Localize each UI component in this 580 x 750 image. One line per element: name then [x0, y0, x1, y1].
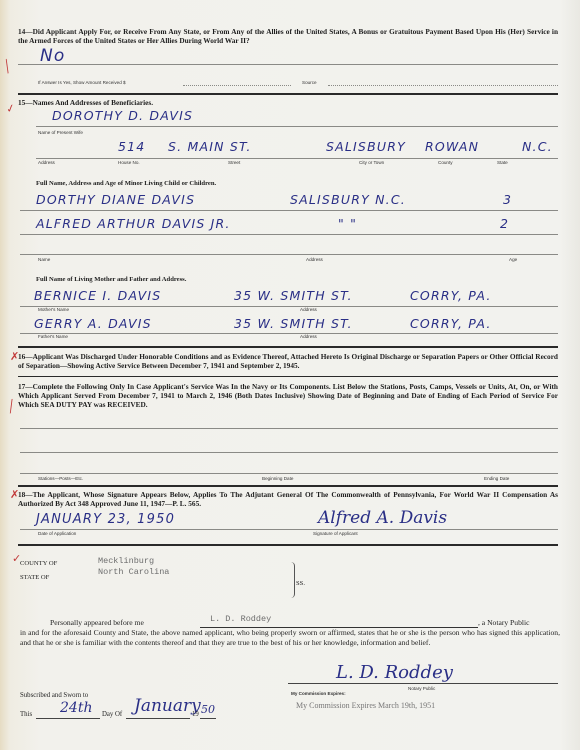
child-2-line [20, 234, 558, 235]
notary-signature-line [288, 683, 558, 684]
child-1-address[interactable]: SALISBURY N.C. [290, 192, 406, 207]
child-name-label: Name [38, 257, 50, 262]
mother-line [20, 306, 558, 307]
wife-state[interactable]: N.C. [522, 139, 553, 154]
father-label: Father's Name [38, 334, 68, 339]
q17-line-3[interactable] [20, 473, 558, 474]
q16-text: Applicant Was Discharged Under Honorable… [18, 352, 558, 370]
parents-heading: Full Name of Living Mother and Father an… [36, 275, 186, 284]
day-of-label: Day Of [102, 711, 122, 718]
appeared-prefix: Personally appeared before me [50, 618, 144, 628]
q14-number: 14 [18, 27, 25, 36]
q14-source-field[interactable] [328, 85, 558, 86]
father-line [20, 333, 558, 334]
commission-stamp: My Commission Expires March 19th, 1951 [296, 701, 435, 710]
commission-label: My Commission Expires: [291, 691, 346, 696]
q14-amount-field[interactable] [183, 85, 291, 86]
check-mark-icon: ✓ [4, 101, 16, 116]
mother-name[interactable]: BERNICE I. DAVIS [34, 288, 161, 303]
wife-street[interactable]: S. MAIN ST. [168, 139, 252, 154]
child-3-line[interactable] [20, 254, 558, 255]
wife-city[interactable]: SALISBURY [326, 139, 406, 154]
year-line [200, 718, 216, 719]
q14-source-label: Source [302, 80, 317, 85]
month-value[interactable]: January [134, 696, 201, 716]
children-heading: Full Name, Address and Age of Minor Livi… [36, 179, 216, 188]
date-of-application-label: Date of Application [38, 531, 76, 536]
q17-number: 17 [18, 382, 25, 391]
child-2-name[interactable]: ALFRED ARTHUR DAVIS JR. [36, 216, 231, 231]
wife-house-no[interactable]: 514 [118, 139, 145, 154]
beginning-date-label: Beginning Date [262, 476, 293, 481]
state-value[interactable]: North Carolina [98, 567, 169, 577]
q14-question: 14—Did Applicant Apply For, or Receive F… [18, 27, 558, 45]
year-value[interactable]: 50 [201, 703, 215, 716]
father-address[interactable]: 35 W. SMITH ST. [234, 316, 353, 331]
month-line [126, 718, 190, 719]
q18-line [20, 529, 558, 530]
q14-answer[interactable]: No [40, 46, 66, 66]
street-label: Street [228, 160, 240, 165]
q15-heading-text: Names And Addresses of Beneficiaries. [33, 98, 153, 107]
ss-bracket [290, 562, 295, 598]
county-value[interactable]: Mecklinburg [98, 556, 154, 566]
child-1-name[interactable]: DORTHY DIANE DAVIS [36, 192, 195, 207]
mother-address-label: Address [300, 307, 317, 312]
father-address-label: Address [300, 334, 317, 339]
state-label: State [497, 160, 508, 165]
subscribed-label: Subscribed and Sworn to [20, 692, 88, 699]
county-label: County [438, 160, 453, 165]
wife-name-label: Name of Present Wife [38, 130, 83, 135]
q17-text: Complete the Following Only In Case Appl… [18, 382, 558, 409]
q14-amount-label: If Answer Is Yes, Show Amount Received $ [38, 80, 126, 85]
wife-name-line [36, 126, 558, 127]
mother-label: Mother's Name [38, 307, 69, 312]
divider-18-notary [18, 544, 558, 546]
wife-name[interactable]: DOROTHY D. DAVIS [52, 108, 193, 123]
divider-15-16 [18, 346, 558, 348]
x-mark-icon: ✗ [10, 350, 19, 363]
year-prefix: 19 [192, 711, 199, 718]
divider-16-17 [18, 376, 558, 377]
mother-address[interactable]: 35 W. SMITH ST. [234, 288, 353, 303]
child-address-label: Address [306, 257, 323, 262]
q18-text: The Applicant, Whose Signature Appears B… [18, 490, 558, 508]
notary-signature[interactable]: L. D. Roddey [336, 662, 453, 683]
check-mark-icon: ╱ [6, 399, 17, 413]
child-age-label: Age [509, 257, 517, 262]
stations-label: Stations—Posts—Etc. [38, 476, 83, 481]
this-label: This [20, 711, 32, 718]
notary-name-field[interactable]: L. D. Roddey [210, 614, 271, 624]
child-2-age[interactable]: 2 [500, 216, 509, 231]
wife-address-line [36, 158, 558, 159]
x-mark-icon: ✗ [10, 488, 19, 501]
state-label: STATE OF [20, 574, 49, 581]
father-name[interactable]: GERRY A. DAVIS [34, 316, 152, 331]
check-mark-icon: ✓ [12, 552, 21, 565]
check-mark-icon: ╱ [1, 59, 14, 73]
notary-body: in and for the aforesaid County and Stat… [20, 628, 560, 649]
county-label: COUNTY OF [20, 560, 57, 567]
application-date[interactable]: JANUARY 23, 1950 [36, 512, 175, 527]
divider-14-15 [18, 93, 558, 95]
applicant-signature[interactable]: Alfred A. Davis [318, 508, 447, 528]
day-value[interactable]: 24th [60, 700, 92, 716]
q15-heading: 15—Names And Addresses of Beneficiaries. [18, 98, 153, 107]
q14-text: Did Applicant Apply For, or Receive From… [18, 27, 558, 45]
child-2-address[interactable]: " " [338, 216, 357, 231]
ending-date-label: Ending Date [484, 476, 509, 481]
q18-statement: 18—The Applicant, Whose Signature Appear… [18, 490, 558, 508]
day-line [36, 718, 100, 719]
appeared-suffix: , a Notary Public [478, 618, 529, 628]
q16-statement: 16—Applicant Was Discharged Under Honora… [18, 352, 558, 370]
father-city[interactable]: CORRY, PA. [410, 316, 492, 331]
q15-number: 15 [18, 98, 25, 107]
ss-label: SS. [296, 580, 305, 587]
application-page: 14—Did Applicant Apply For, or Receive F… [0, 0, 580, 750]
child-1-age[interactable]: 3 [503, 192, 512, 207]
q17-statement: 17—Complete the Following Only In Case A… [18, 382, 558, 409]
divider-17-18 [18, 485, 558, 487]
q17-line-1[interactable] [20, 428, 558, 429]
child-1-line [20, 210, 558, 211]
wife-county[interactable]: ROWAN [425, 139, 479, 154]
address-label: Address [38, 160, 55, 165]
mother-city[interactable]: CORRY, PA. [410, 288, 492, 303]
q17-line-2[interactable] [20, 452, 558, 453]
house-no-label: House No. [118, 160, 140, 165]
notary-public-label: Notary Public [408, 686, 435, 691]
city-label: City or Town [359, 160, 384, 165]
signature-of-applicant-label: Signature of Applicant [313, 531, 358, 536]
q14-answer-line [18, 64, 558, 65]
